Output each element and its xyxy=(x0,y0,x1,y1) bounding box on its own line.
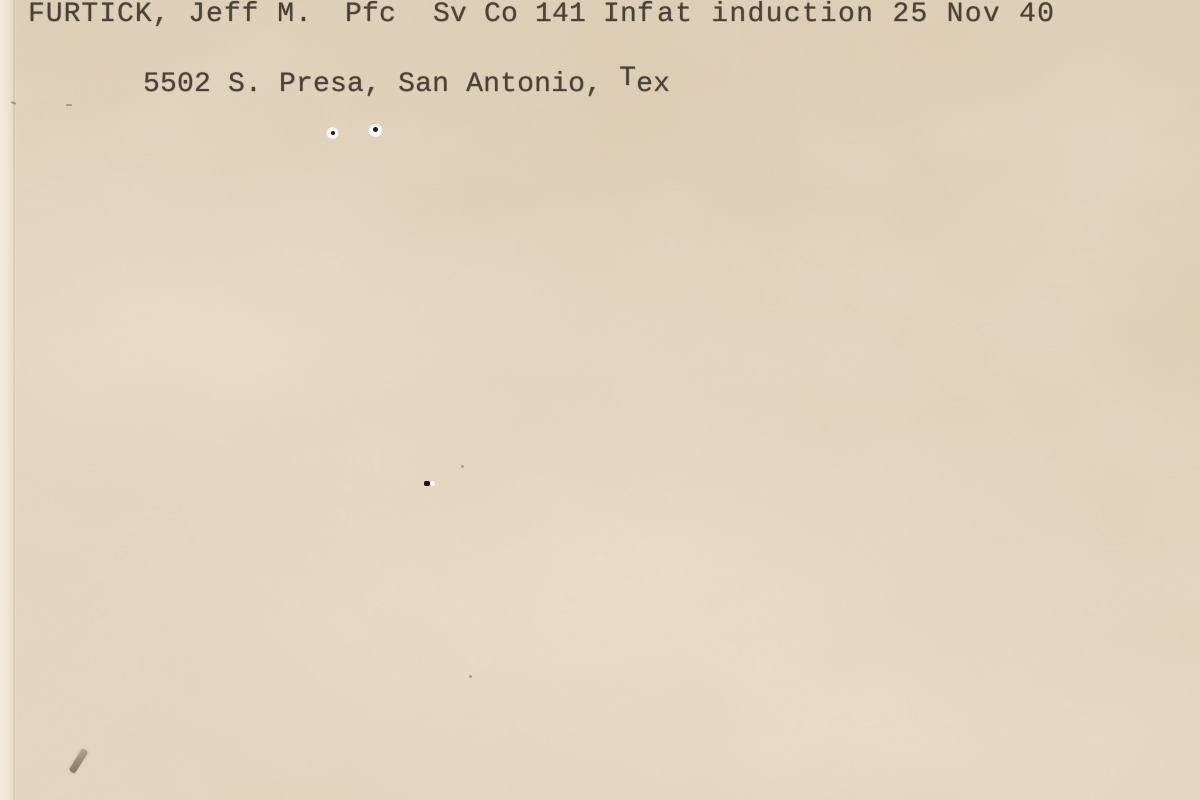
ink-speck-highlight xyxy=(430,481,435,486)
soldier-name: FURTICK, Jeff M. xyxy=(28,0,313,32)
state-rest-letters: ex xyxy=(636,69,670,100)
faint-dot xyxy=(461,465,464,468)
typed-line-1: FURTICK, Jeff M. Pfc Sv Co 141 Inf at in… xyxy=(0,0,1200,32)
city-name: San Antonio, xyxy=(398,69,602,100)
street-address: 5502 S. Presa, xyxy=(143,69,381,100)
ink-speck-dark xyxy=(424,481,430,486)
raised-letter-t: T xyxy=(619,62,636,96)
faint-dot xyxy=(469,675,472,678)
pencil-slash-mark xyxy=(69,748,89,774)
state-abbreviation: Tex xyxy=(619,68,670,102)
induction-note: at induction 25 Nov 40 xyxy=(657,0,1055,32)
soldier-unit: Sv Co 141 Inf xyxy=(433,0,654,32)
soldier-rank: Pfc xyxy=(345,0,396,32)
index-card: FURTICK, Jeff M. Pfc Sv Co 141 Inf at in… xyxy=(0,0,1200,800)
ink-speck xyxy=(424,479,436,488)
typed-line-2: 5502 S. Presa,San Antonio,Tex xyxy=(75,34,670,136)
